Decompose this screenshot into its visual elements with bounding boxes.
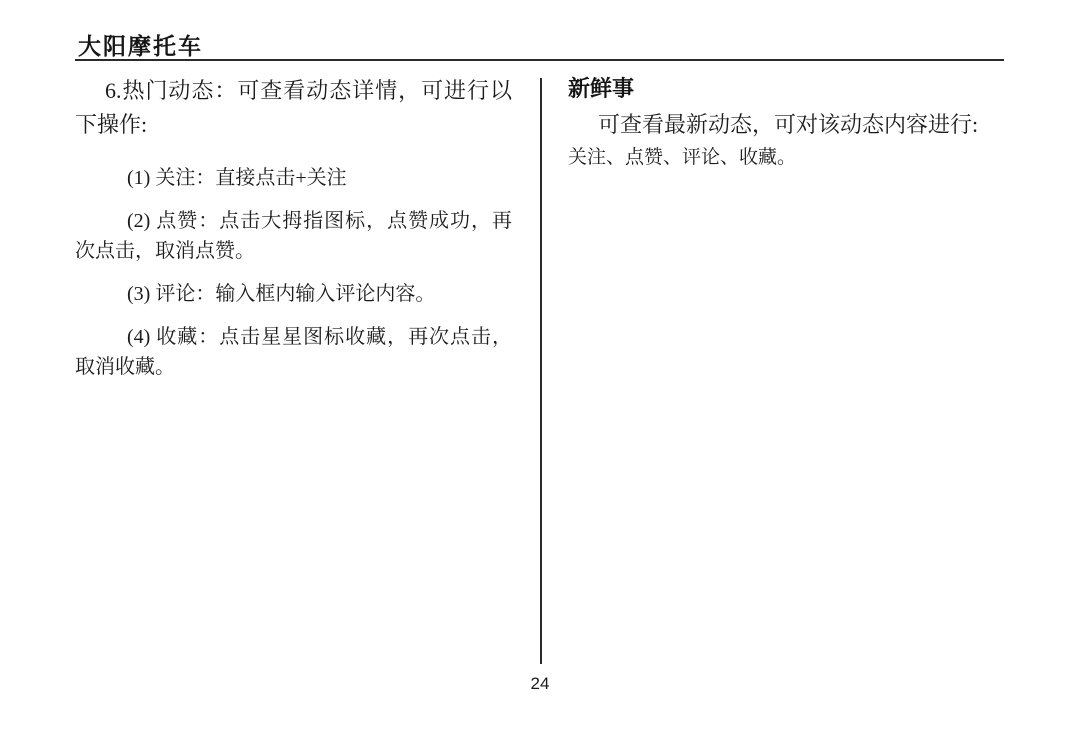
list-item-like: (2) 点赞：点击大拇指图标，点赞成功，再次点击，取消点赞。 <box>75 206 512 266</box>
section-heading-fresh-news: 新鲜事 <box>568 74 1010 104</box>
list-item-comment: (3) 评论：输入框内输入评论内容。 <box>75 279 512 309</box>
left-column: 6.热门动态：可查看动态详情，可进行以下操作: (1) 关注：直接点击+关注 (… <box>75 74 512 382</box>
page-number: 24 <box>0 674 1080 694</box>
brand-title: 大阳摩托车 <box>78 28 203 61</box>
right-column: 新鲜事 可查看最新动态，可对该动态内容进行: 关注、点赞、评论、收藏。 <box>568 74 1010 174</box>
list-item-favorite: (4) 收藏：点击星星图标收藏，再次点击，取消收藏。 <box>75 322 512 382</box>
column-divider <box>540 78 542 664</box>
right-actions-line: 关注、点赞、评论、收藏。 <box>568 142 1010 174</box>
left-intro-paragraph: 6.热门动态：可查看动态详情，可进行以下操作: <box>75 74 512 142</box>
list-item-follow: (1) 关注：直接点击+关注 <box>75 163 512 193</box>
left-items-list: (1) 关注：直接点击+关注 (2) 点赞：点击大拇指图标，点赞成功，再次点击，… <box>75 163 512 382</box>
right-intro-paragraph: 可查看最新动态，可对该动态内容进行: <box>568 108 1010 142</box>
header-rule <box>75 59 1004 61</box>
